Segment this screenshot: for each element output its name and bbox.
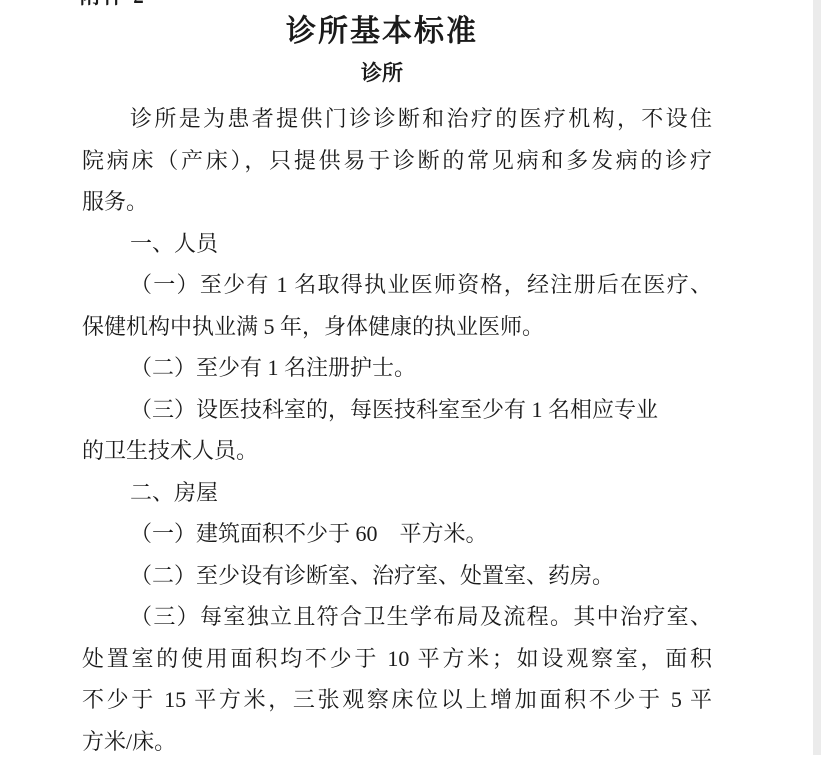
housing-item-2: （二）至少设有诊断室、治疗室、处置室、药房。 [82,555,712,597]
document-title: 诊所基本标准 [67,12,697,52]
para-intro-line-1: 诊所是为患者提供门诊诊断和治疗的医疗机构，不设住 [82,98,712,140]
document-header: 诊所基本标准 诊所 [67,12,697,88]
attachment-label-text: 附件 2 [80,0,280,7]
personnel-item-3-line-2: 的卫生技术人员。 [82,430,712,472]
page-edge-strip [813,0,821,755]
section-heading-personnel: 一、人员 [82,223,712,265]
housing-item-3-line-4: 方米/床。 [82,721,712,756]
personnel-item-1-line-1: （一）至少有 1 名取得执业医师资格，经注册后在医疗、 [82,264,712,306]
housing-item-3-line-3: 不少于 15 平方米，三张观察床位以上增加面积不少于 5 平 [82,679,712,721]
para-intro-line-2: 院病床（产床），只提供易于诊断的常见病和多发病的诊疗 [82,140,712,182]
para-intro-line-3: 服务。 [82,181,712,223]
section-heading-housing: 二、房屋 [82,472,712,514]
personnel-item-3-line-1: （三）设医技科室的，每医技科室至少有 1 名相应专业 [82,389,712,431]
attachment-label-clipped: 附件 2 [80,0,280,8]
document-body: 诊所是为患者提供门诊诊断和治疗的医疗机构，不设住 院病床（产床），只提供易于诊断… [82,98,712,755]
document-page: 附件 2 诊所基本标准 诊所 诊所是为患者提供门诊诊断和治疗的医疗机构，不设住 … [0,0,813,755]
document-subtitle: 诊所 [67,58,697,88]
housing-item-3-line-1: （三）每室独立且符合卫生学布局及流程。其中治疗室、 [82,596,712,638]
personnel-item-1-line-2: 保健机构中执业满 5 年，身体健康的执业医师。 [82,306,712,348]
housing-item-3-line-2: 处置室的使用面积均不少于 10 平方米；如设观察室，面积 [82,638,712,680]
personnel-item-2: （二）至少有 1 名注册护士。 [82,347,712,389]
housing-item-1: （一）建筑面积不少于 60 平方米。 [82,513,712,555]
